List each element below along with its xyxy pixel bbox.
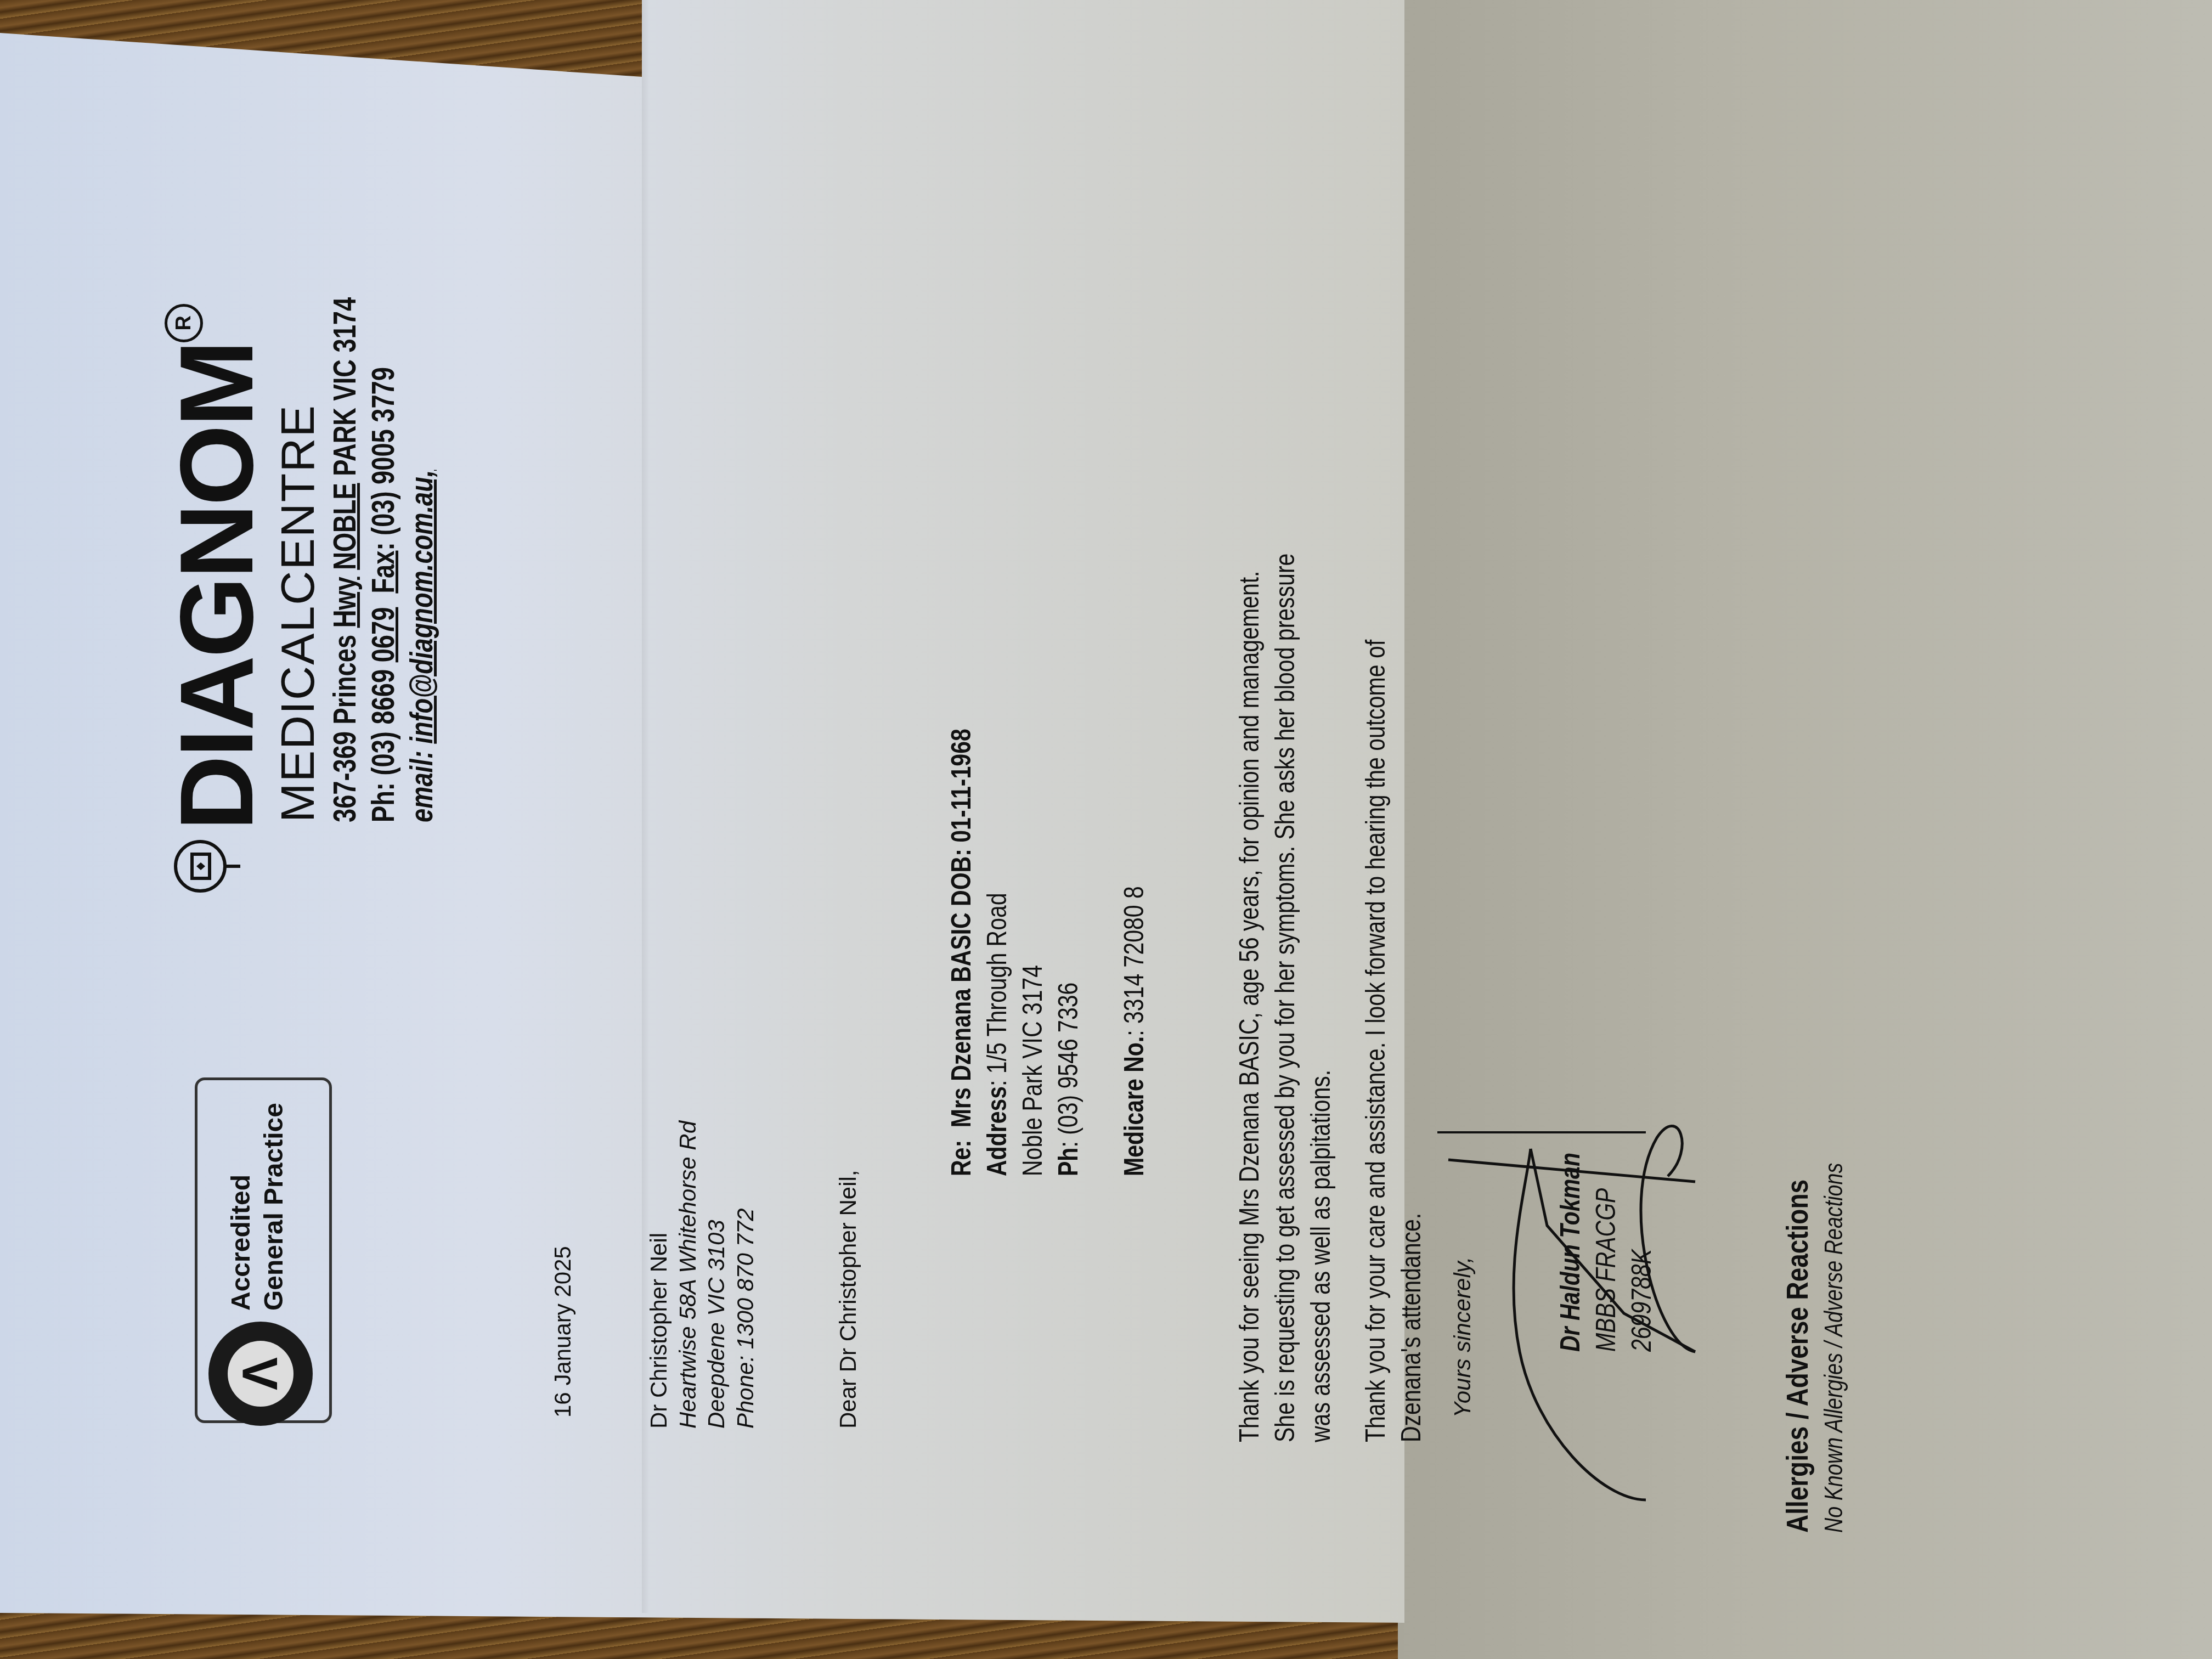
body-paragraph-2: Thank you for your care and assistance. …	[1358, 464, 1429, 1442]
body-paragraph-1: Thank you for seeing Mrs Dzenana BASIC, …	[1232, 358, 1339, 1442]
recipient-block: Dr Christopher Neil Heartwise 58A Whiteh…	[645, 1121, 760, 1429]
practice-phone-fax: Ph: (03) 8669 0679 Fax: (03) 9005 3779	[368, 367, 399, 822]
general-practice-label: General Practice	[261, 1103, 288, 1311]
patient-suburb: Noble Park VIC 3174	[1015, 729, 1051, 1176]
allergies-heading: Allergies / Adverse Reactions	[1778, 1163, 1818, 1533]
allergies-section: Allergies / Adverse Reactions No Known A…	[1778, 1082, 1850, 1533]
patient-address: Address: 1/5 Through Road	[979, 729, 1015, 1176]
recipient-name: Dr Christopher Neil	[645, 1121, 674, 1429]
accredited-label: Accredited	[228, 1175, 255, 1311]
patient-details: Re: Mrs Dzenana BASIC DOB: 01-11-1968 Ad…	[944, 630, 1152, 1176]
agpal-seal-icon: Λ	[208, 1322, 313, 1426]
allergies-value: No Known Allergies / Adverse Reactions	[1818, 1163, 1850, 1533]
referral-letter: DIAGNOMR MEDICALCENTRE 367-369 Princes H…	[0, 0, 2212, 1659]
brand-subtitle: MEDICALCENTRE	[274, 404, 321, 822]
patient-phone: Ph: (03) 9546 7336	[1051, 729, 1086, 1176]
email-link[interactable]: info@diagnom.com.au,	[404, 470, 439, 744]
recipient-address: Heartwise 58A Whitehorse Rd	[674, 1121, 703, 1429]
provider-number: 2699788K	[1624, 1153, 1660, 1352]
signatory-block: Dr Haldun Tokman MBBS FRACGP 2699788K	[1553, 1109, 1660, 1352]
signatory-name: Dr Haldun Tokman	[1553, 1153, 1588, 1352]
practice-address: 367-369 Princes Hwy NOBLE PARK VIC 3174	[329, 297, 361, 822]
recipient-suburb: Deepdene VIC 3103	[702, 1121, 731, 1429]
recipient-phone: Phone: 1300 870 772	[731, 1121, 760, 1429]
letter-date: 16 January 2025	[549, 1246, 578, 1418]
registered-trademark-icon: R	[165, 304, 203, 342]
practice-email: email: info@diagnom.com.au,	[406, 470, 438, 822]
medicare-number: Medicare No.: 3314 72080 8	[1116, 729, 1152, 1176]
brand-name: DIAGNOM	[159, 342, 275, 831]
salutation: Dear Dr Christopher Neil,	[834, 1170, 863, 1429]
accreditation-badge: Λ Accredited General Practice	[195, 1077, 332, 1423]
stethoscope-logo-icon	[170, 836, 241, 896]
signatory-qualifications: MBBS FRACGP	[1588, 1153, 1624, 1352]
patient-line: Re: Mrs Dzenana BASIC DOB: 01-11-1968	[944, 729, 979, 1176]
